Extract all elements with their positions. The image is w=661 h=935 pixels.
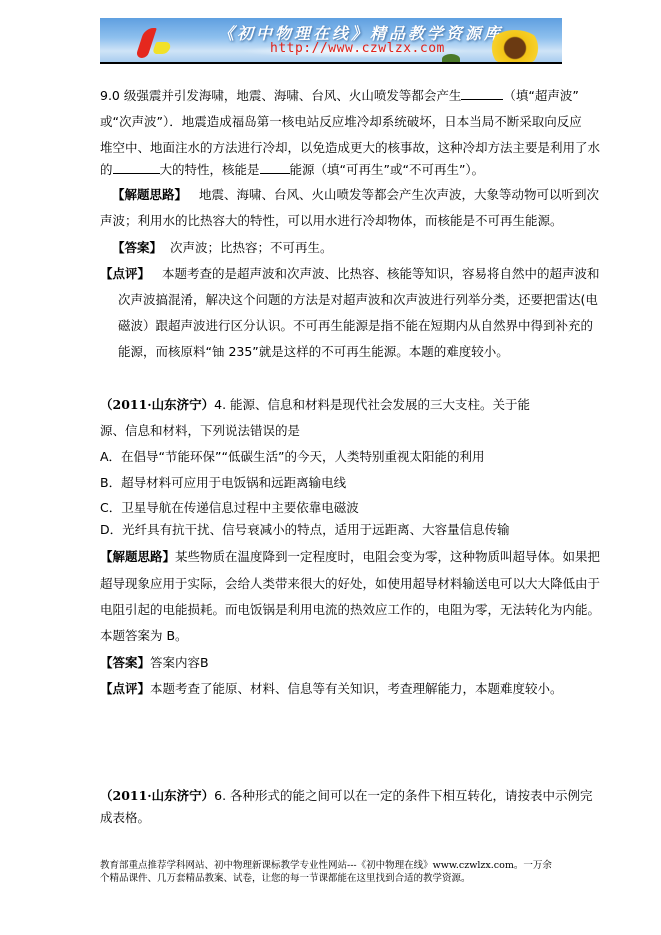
q3-text: 能源（填“可再生”或“不可再生”）。	[290, 162, 485, 177]
sunflower-icon	[488, 30, 542, 62]
answer-blank	[113, 161, 160, 174]
question-source: （2011·山东济宁）	[100, 397, 214, 412]
q3-answer: 【答案】 次声波；比热容；不可再生。	[112, 240, 582, 256]
answer-label: 【答案】	[100, 655, 150, 670]
q4-option-c: C．卫星导航在传递信息过程中主要依靠电磁波	[100, 500, 570, 516]
q4-analysis-line3: 电阻引起的电能损耗。而电饭锅是利用电流的热效应工作的，电阻为零，无法转化为内能。	[100, 602, 570, 618]
q4-comment: 【点评】本题考查了能原、材料、信息等有关知识，考查理解能力，本题难度较小。	[100, 681, 570, 697]
q4-answer: 【答案】答案内容B	[100, 655, 570, 671]
q3-text: （填“超声波”	[503, 88, 578, 103]
answer-blank	[260, 161, 290, 174]
answer-text: 答案内容B	[150, 655, 209, 670]
q4-stem-line2: 源、信息和材料，下列说法错误的是	[100, 423, 570, 439]
q4-option-a: A．在倡导“节能环保”“低碳生活”的今天，人类特别重视太阳能的利用	[100, 449, 570, 465]
answer-text: 次声波；比热容；不可再生。	[170, 240, 333, 255]
q4-option-b: B．超导材料可应用于电饭锅和远距离输电线	[100, 475, 570, 491]
q6-stem-line1: （2011·山东济宁）6. 各种形式的能之间可以在一定的条件下相互转化，请按表中…	[100, 788, 570, 804]
comment-label: 【点评】	[100, 266, 150, 281]
q3-line4: 的大的特性，核能是能源（填“可再生”或“不可再生”）。	[100, 161, 570, 178]
question-stem: 4. 能源、信息和材料是现代社会发展的三大支柱。关于能	[214, 397, 530, 412]
q3-analysis-line2: 声波；利用水的比热容大的特性，可以用水进行冷却物体，而核能是不可再生能源。	[100, 213, 570, 229]
site-banner: 《初中物理在线》精品教学资源库 http://www.czwlzx.com	[100, 18, 562, 62]
q4-analysis-line4: 本题答案为 B。	[100, 628, 570, 644]
q3-comment-line4: 能源，而核原料“铀 235”就是这样的不可再生能源。本题的难度较小。	[118, 344, 588, 360]
analysis-label: 【解题思路】	[112, 187, 187, 202]
leaf-decoration	[442, 54, 460, 62]
q3-comment-line3: 磁波）跟超声波进行区分认识。不可再生能源是指不能在短期内从自然界中得到补充的	[118, 318, 588, 334]
q3-analysis-line1: 【解题思路】 地震、海啸、台风、火山喷发等都会产生次声波，大象等动物可以听到次	[112, 187, 582, 203]
q3-line2: 或“次声波”）．地震造成福岛第一核电站反应堆冷却系统破坏，日本当局不断采取向反应	[100, 114, 570, 130]
q3-text: 9.0 级强震并引发海啸，地震、海啸、台风、火山喷发等都会产生	[100, 88, 461, 103]
comment-text: 本题考查的是超声波和次声波、比热容、核能等知识，容易将自然中的超声波和	[162, 266, 600, 281]
comment-label: 【点评】	[100, 681, 150, 696]
analysis-text: 地震、海啸、台风、火山喷发等都会产生次声波，大象等动物可以听到次	[199, 187, 599, 202]
q4-stem-line1: （2011·山东济宁）4. 能源、信息和材料是现代社会发展的三大支柱。关于能	[100, 397, 570, 413]
answer-label: 【答案】	[112, 240, 162, 255]
answer-blank	[461, 87, 503, 100]
page-footer: 教育部重点推荐学科网站、初中物理新课标教学专业性网站---《初中物理在线》www…	[100, 859, 570, 885]
q4-option-d: D．光纤具有抗干扰、信号衰减小的特点，适用于远距离、大容量信息传输	[100, 522, 570, 538]
q3-comment-line2: 次声波搞混淆，解决这个问题的方法是对超声波和次声波进行列举分类，还要把雷达(电	[118, 292, 588, 308]
banner-url: http://www.czwlzx.com	[270, 41, 445, 56]
header-divider	[100, 62, 562, 64]
analysis-text: 某些物质在温度降到一定程度时，电阻会变为零，这种物质叫超导体。如果把	[175, 549, 600, 564]
q6-stem-line2: 成表格。	[100, 810, 570, 826]
footer-line2: 个精品课件、几万套精品教案、试卷，让您的每一节课都能在这里找到合适的教学资源。	[100, 872, 570, 885]
analysis-label: 【解题思路】	[100, 549, 175, 564]
footer-line1: 教育部重点推荐学科网站、初中物理新课标教学专业性网站---《初中物理在线》www…	[100, 859, 570, 872]
logo-icon-secondary	[152, 42, 172, 54]
q3-comment-line1: 【点评】 本题考查的是超声波和次声波、比热容、核能等知识，容易将自然中的超声波和	[100, 266, 570, 282]
q3-text: 的	[100, 162, 113, 177]
question-source: （2011·山东济宁）	[100, 788, 214, 803]
q3-line1: 9.0 级强震并引发海啸，地震、海啸、台风、火山喷发等都会产生（填“超声波”	[100, 87, 570, 104]
q3-line3: 堆空中、地面注水的方法进行冷却，以免造成更大的核事故，这种冷却方法主要是利用了水	[100, 140, 570, 156]
q4-analysis-line2: 超导现象应用于实际，会给人类带来很大的好处，如使用超导材料输送电可以大大降低由于	[100, 576, 570, 592]
logo-icon	[135, 28, 157, 58]
q4-analysis-line1: 【解题思路】某些物质在温度降到一定程度时，电阻会变为零，这种物质叫超导体。如果把	[100, 549, 570, 565]
q3-text: 大的特性，核能是	[160, 162, 260, 177]
question-stem: 6. 各种形式的能之间可以在一定的条件下相互转化，请按表中示例完	[214, 788, 592, 803]
comment-text: 本题考查了能原、材料、信息等有关知识，考查理解能力，本题难度较小。	[150, 681, 563, 696]
